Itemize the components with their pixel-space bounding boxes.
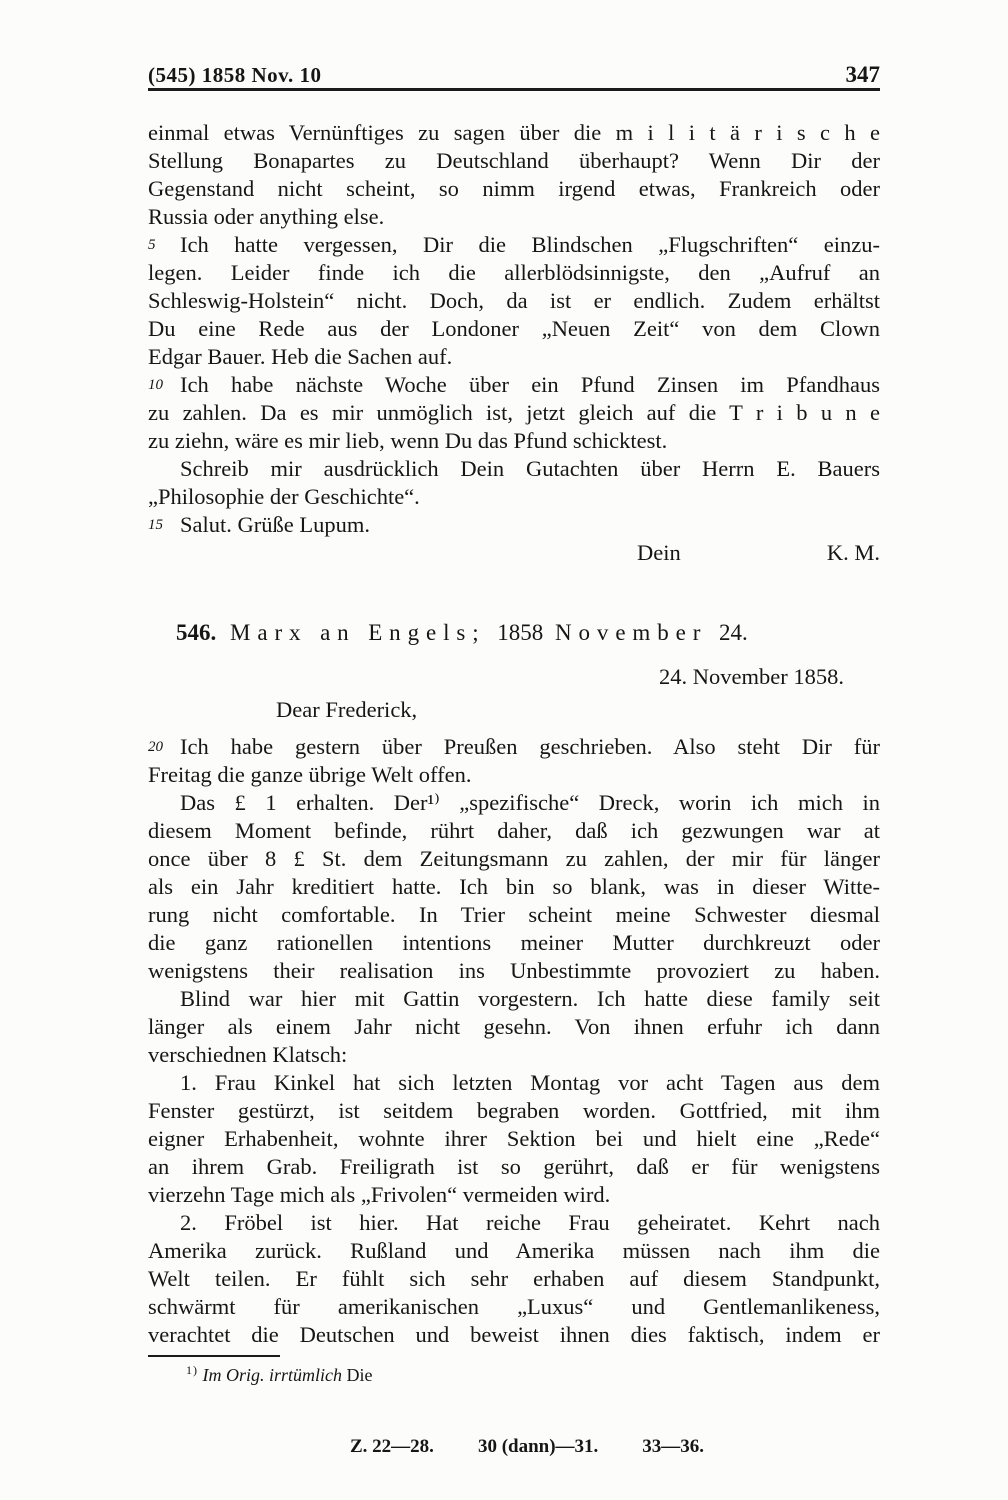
line-text: eigner Erhabenheit, wohnte ihrer Sektion…: [148, 1126, 880, 1151]
heading-correspondents: Marx an Engels;: [230, 620, 486, 645]
line-text: verschiednen Klatsch:: [148, 1042, 347, 1067]
footnote-rule: [148, 1355, 280, 1357]
letter-545-body: einmal etwas Vernünftiges zu sagen über …: [148, 119, 880, 567]
text-line: 5Ich hatte vergessen, Dir die Blindschen…: [148, 231, 880, 259]
heading-day: 24.: [719, 620, 748, 645]
text-line: 30länger als einem Jahr nicht gesehn. Vo…: [148, 1013, 880, 1041]
line-text: Fenster gestürzt, ist seitdem begraben w…: [148, 1098, 880, 1123]
line-text: an ihrem Grab. Freiligrath ist so gerühr…: [148, 1154, 880, 1179]
text-line: Blind war hier mit Gattin vorgestern. Ic…: [148, 985, 880, 1013]
line-text: diesem Moment befinde, rührt daher, daß …: [148, 818, 880, 843]
line-text: die ganz rationellen intentions meiner M…: [148, 930, 880, 955]
apparatus-item: 30 (dann)—31.: [478, 1436, 598, 1458]
text-line: Schleswig-Holstein“ nicht. Doch, da ist …: [148, 287, 880, 315]
line-text: Stellung Bonapartes zu Deutschland überh…: [148, 148, 880, 173]
line-text: Schreib mir ausdrücklich Dein Gutachten …: [180, 456, 880, 481]
text-line: 10Ich habe nächste Woche über ein Pfund …: [148, 371, 880, 399]
page-number: 347: [846, 62, 881, 88]
text-line: einmal etwas Vernünftiges zu sagen über …: [148, 119, 880, 147]
line-text: Edgar Bauer. Heb die Sachen auf.: [148, 344, 452, 369]
text-line: verachtet die Deutschen und beweist ihne…: [148, 1321, 880, 1349]
line-text: Schleswig-Holstein“ nicht. Doch, da ist …: [148, 288, 880, 313]
footnote-italic-text: Im Orig. irrtümlich: [203, 1365, 343, 1385]
text-line: Amerika zurück. Rußland und Amerika müss…: [148, 1237, 880, 1265]
text-line: Fenster gestürzt, ist seitdem begraben w…: [148, 1097, 880, 1125]
text-line: Stellung Bonapartes zu Deutschland überh…: [148, 147, 880, 175]
signature-dein: Dein: [637, 539, 681, 567]
line-text: Ich hatte vergessen, Dir die Blindschen …: [180, 232, 880, 257]
text-line: Welt teilen. Er fühlt sich sehr erhaben …: [148, 1265, 880, 1293]
margin-line-number: 15: [116, 511, 140, 540]
text-line: diesem Moment befinde, rührt daher, daß …: [148, 817, 880, 845]
footnote: 1) Im Orig. irrtümlich Die: [186, 1363, 373, 1386]
line-text: einmal etwas Vernünftiges zu sagen über …: [148, 120, 880, 145]
text-line: wenigstens their realisation ins Unbesti…: [148, 957, 880, 985]
header-rule: [148, 88, 880, 91]
text-line: Russia oder anything else.: [148, 203, 880, 231]
text-line: zu zahlen. Da es mir unmöglich ist, jetz…: [148, 399, 880, 427]
line-text: zu ziehn, wäre es mir lieb, wenn Du das …: [148, 428, 667, 453]
line-text: verachtet die Deutschen und beweist ihne…: [148, 1322, 880, 1347]
apparatus-item: Z. 22—28.: [350, 1436, 434, 1458]
letter-546-body: 20Ich habe gestern über Preußen geschrie…: [148, 733, 880, 1349]
text-line: 35an ihrem Grab. Freiligrath ist so gerü…: [148, 1153, 880, 1181]
text-line: 20Ich habe gestern über Preußen geschrie…: [148, 733, 880, 761]
text-line: 25als ein Jahr kreditiert hatte. Ich bin…: [148, 873, 880, 901]
line-text: länger als einem Jahr nicht gesehn. Von …: [148, 1014, 880, 1039]
text-line: Gegenstand nicht scheint, so nimm irgend…: [148, 175, 880, 203]
apparatus-item: 33—36.: [642, 1436, 704, 1458]
text-line: 15Salut. Grüße Lupum.: [148, 511, 880, 539]
line-text: wenigstens their realisation ins Unbesti…: [148, 958, 880, 983]
text-line: eigner Erhabenheit, wohnte ihrer Sektion…: [148, 1125, 880, 1153]
heading-year: 1858: [497, 620, 543, 645]
letter-545-lines: einmal etwas Vernünftiges zu sagen über …: [148, 119, 880, 539]
heading-month: November: [555, 620, 707, 645]
text-line: „Philosophie der Geschichte“.: [148, 483, 880, 511]
line-text: Gegenstand nicht scheint, so nimm irgend…: [148, 176, 880, 201]
text-line: Freitag die ganze übrige Welt offen.: [148, 761, 880, 789]
line-text: Ich habe gestern über Preußen geschriebe…: [180, 734, 880, 759]
letter-number: 546.: [176, 620, 216, 645]
text-line: rung nicht comfortable. In Trier scheint…: [148, 901, 880, 929]
line-text: Salut. Grüße Lupum.: [180, 512, 370, 537]
line-text: rung nicht comfortable. In Trier scheint…: [148, 902, 880, 927]
text-line: vierzehn Tage mich als „Frivolen“ vermei…: [148, 1181, 880, 1209]
line-text: Welt teilen. Er fühlt sich sehr erhaben …: [148, 1266, 880, 1291]
line-text: zu zahlen. Da es mir unmöglich ist, jetz…: [148, 400, 880, 425]
line-text: once über 8 £ St. dem Zeitungsmann zu za…: [148, 846, 880, 871]
apparatus-footer: Z. 22—28. 30 (dann)—31. 33—36.: [350, 1436, 704, 1458]
text-line: verschiednen Klatsch:: [148, 1041, 880, 1069]
letter-546-lines: 20Ich habe gestern über Preußen geschrie…: [148, 733, 880, 1349]
line-text: schwärmt für amerikanischen „Luxus“ und …: [148, 1294, 880, 1319]
book-page: (545) 1858 Nov. 10 347 einmal etwas Vern…: [0, 0, 1008, 1500]
signature-line: Dein K. M.: [148, 539, 880, 567]
text-line: Edgar Bauer. Heb die Sachen auf.: [148, 343, 880, 371]
text-line: 1. Frau Kinkel hat sich letzten Montag v…: [148, 1069, 880, 1097]
letter-date-line: 24. November 1858.: [148, 664, 880, 690]
letter-546-heading: 546. Marx an Engels; 1858 November 24.: [176, 620, 748, 646]
line-text: als ein Jahr kreditiert hatte. Ich bin s…: [148, 874, 880, 899]
text-line: 40schwärmt für amerikanischen „Luxus“ un…: [148, 1293, 880, 1321]
line-text: Ich habe nächste Woche über ein Pfund Zi…: [180, 372, 880, 397]
text-line: zu ziehn, wäre es mir lieb, wenn Du das …: [148, 427, 880, 455]
footnote-roman-text: Die: [347, 1365, 373, 1385]
text-line: die ganz rationellen intentions meiner M…: [148, 929, 880, 957]
line-text: „Philosophie der Geschichte“.: [148, 484, 420, 509]
line-text: legen. Leider finde ich die allerblödsin…: [148, 260, 880, 285]
text-line: Du eine Rede aus der Londoner „Neuen Zei…: [148, 315, 880, 343]
text-line: Das £ 1 erhalten. Der¹⁾ „spezifische“ Dr…: [148, 789, 880, 817]
line-text: Du eine Rede aus der Londoner „Neuen Zei…: [148, 316, 880, 341]
text-line: legen. Leider finde ich die allerblödsin…: [148, 259, 880, 287]
line-text: 1. Frau Kinkel hat sich letzten Montag v…: [180, 1070, 880, 1095]
salutation: Dear Frederick,: [276, 697, 417, 723]
footnote-marker: 1): [186, 1363, 198, 1377]
text-line: once über 8 £ St. dem Zeitungsmann zu za…: [148, 845, 880, 873]
line-text: Das £ 1 erhalten. Der¹⁾ „spezifische“ Dr…: [180, 790, 880, 815]
line-text: Blind war hier mit Gattin vorgestern. Ic…: [180, 986, 880, 1011]
signature-initials: K. M.: [827, 539, 880, 567]
text-line: Schreib mir ausdrücklich Dein Gutachten …: [148, 455, 880, 483]
header-letter-reference: (545) 1858 Nov. 10: [148, 63, 322, 88]
line-text: Freitag die ganze übrige Welt offen.: [148, 762, 472, 787]
line-text: 2. Fröbel ist hier. Hat reiche Frau gehe…: [180, 1210, 880, 1235]
line-text: Amerika zurück. Rußland und Amerika müss…: [148, 1238, 880, 1263]
line-text: Russia oder anything else.: [148, 204, 384, 229]
text-line: 2. Fröbel ist hier. Hat reiche Frau gehe…: [148, 1209, 880, 1237]
line-text: vierzehn Tage mich als „Frivolen“ vermei…: [148, 1182, 610, 1207]
running-header: (545) 1858 Nov. 10 347: [148, 62, 880, 88]
